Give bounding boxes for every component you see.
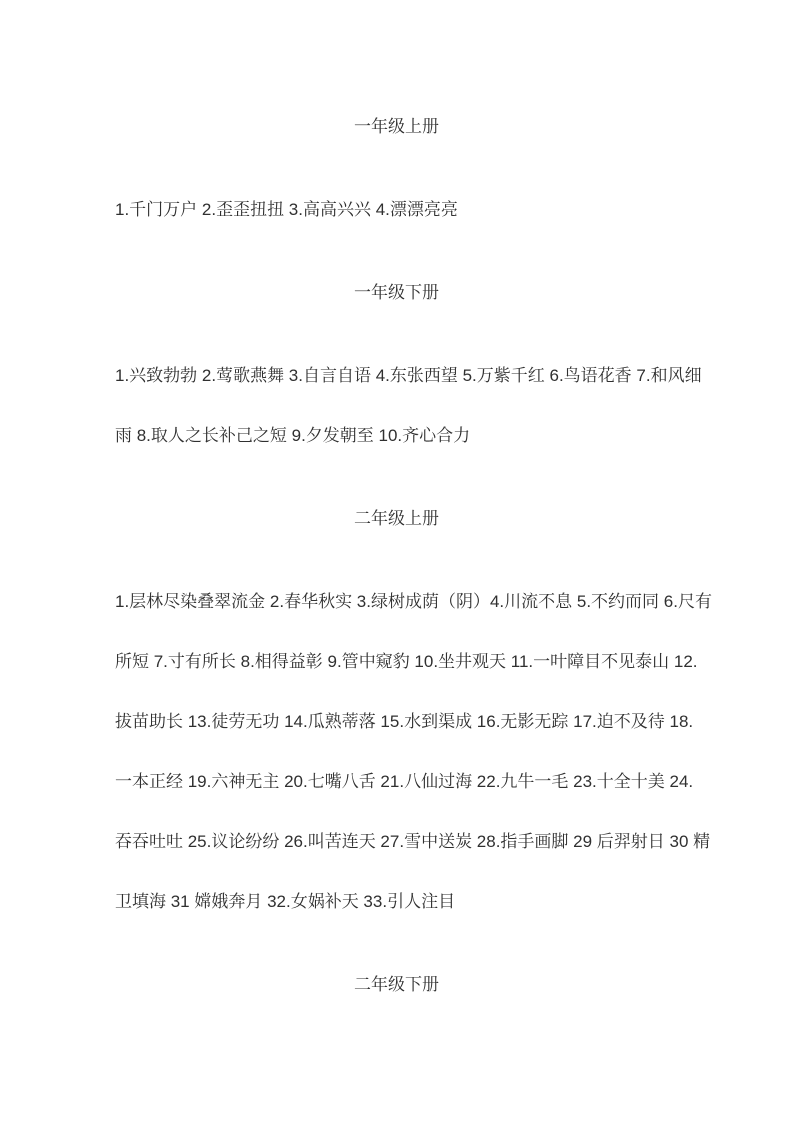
idiom-line: 卫填海 31 嫦娥奔月 32.女娲补天 33.引人注目 <box>115 872 678 932</box>
idiom-line: 1.千门万户 2.歪歪扭扭 3.高高兴兴 4.漂漂亮亮 <box>115 180 678 240</box>
section-title-grade1-vol1: 一年级上册 <box>115 97 678 157</box>
idiom-line: 1.层林尽染叠翠流金 2.春华秋实 3.绿树成荫（阴）4.川流不息 5.不约而同… <box>115 572 678 632</box>
document-page: 一年级上册 1.千门万户 2.歪歪扭扭 3.高高兴兴 4.漂漂亮亮 一年级下册 … <box>0 0 793 1122</box>
idiom-line: 吞吞吐吐 25.议论纷纷 26.叫苦连天 27.雪中送炭 28.指手画脚 29 … <box>115 812 678 872</box>
section-body-grade1-vol2: 1.兴致勃勃 2.莺歌燕舞 3.自言自语 4.东张西望 5.万紫千红 6.鸟语花… <box>115 346 678 466</box>
idiom-line: 一本正经 19.六神无主 20.七嘴八舌 21.八仙过海 22.九牛一毛 23.… <box>115 752 678 812</box>
section-grade2-vol2: 二年级下册 <box>115 955 678 1015</box>
section-body-grade2-vol1: 1.层林尽染叠翠流金 2.春华秋实 3.绿树成荫（阴）4.川流不息 5.不约而同… <box>115 572 678 932</box>
section-title-grade1-vol2: 一年级下册 <box>115 263 678 323</box>
idiom-line: 拔苗助长 13.徒劳无功 14.瓜熟蒂落 15.水到渠成 16.无影无踪 17.… <box>115 692 678 752</box>
section-grade1-vol2: 一年级下册 1.兴致勃勃 2.莺歌燕舞 3.自言自语 4.东张西望 5.万紫千红… <box>115 263 678 466</box>
section-grade2-vol1: 二年级上册 1.层林尽染叠翠流金 2.春华秋实 3.绿树成荫（阴）4.川流不息 … <box>115 489 678 932</box>
section-grade1-vol1: 一年级上册 1.千门万户 2.歪歪扭扭 3.高高兴兴 4.漂漂亮亮 <box>115 97 678 240</box>
idiom-line: 1.兴致勃勃 2.莺歌燕舞 3.自言自语 4.东张西望 5.万紫千红 6.鸟语花… <box>115 346 678 406</box>
section-body-grade1-vol1: 1.千门万户 2.歪歪扭扭 3.高高兴兴 4.漂漂亮亮 <box>115 180 678 240</box>
idiom-line: 雨 8.取人之长补己之短 9.夕发朝至 10.齐心合力 <box>115 406 678 466</box>
section-title-grade2-vol2: 二年级下册 <box>115 955 678 1015</box>
idiom-line: 所短 7.寸有所长 8.相得益彰 9.管中窥豹 10.坐井观天 11.一叶障目不… <box>115 632 678 692</box>
section-title-grade2-vol1: 二年级上册 <box>115 489 678 549</box>
